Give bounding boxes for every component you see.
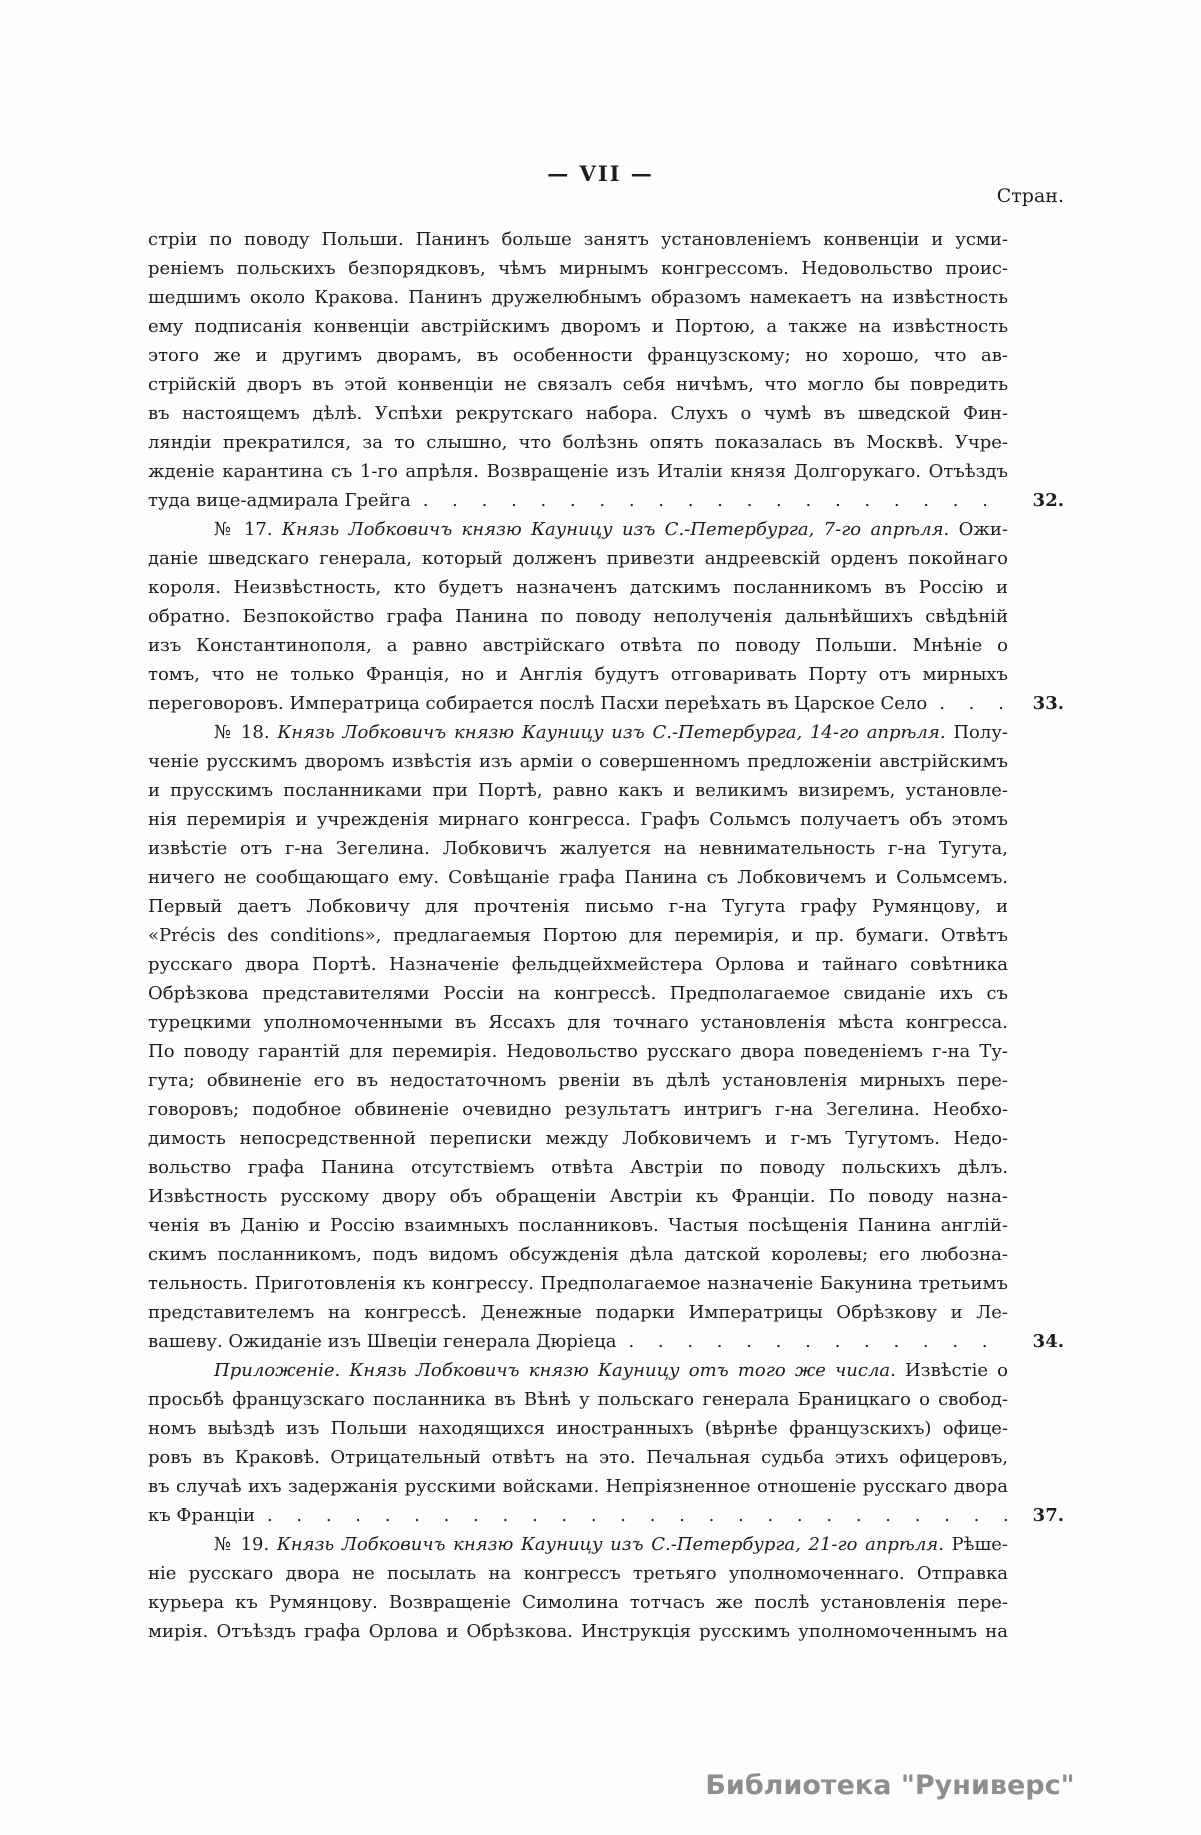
toc-line: вольство графа Панина отсутствіемъ отвѣт… xyxy=(148,1153,1064,1182)
toc-line: ніе русскаго двора не посылать на конгре… xyxy=(148,1559,1064,1588)
toc-line: димость непосредственной переписки между… xyxy=(148,1124,1064,1153)
toc-line-text: тельность. Приготовленія къ конгрессу. П… xyxy=(148,1269,1008,1298)
toc-line: Обрѣзкова представителями Россіи на конг… xyxy=(148,979,1064,1008)
toc-line: этого же и другимъ дворамъ, въ особеннос… xyxy=(148,341,1064,370)
toc-line: ему подписанія конвенціи австрійскимъ дв… xyxy=(148,312,1064,341)
toc-line: вашеву. Ожиданіе изъ Швеціи генерала Дюр… xyxy=(148,1327,1064,1356)
toc-line: номъ выѣздѣ изъ Польши находящихся иност… xyxy=(148,1414,1064,1443)
toc-line-text: томъ, что не только Франція, но и Англія… xyxy=(148,660,1008,689)
page-ref xyxy=(1008,1269,1064,1298)
toc-line-text: скимъ посланникомъ, подъ видомъ обсужден… xyxy=(148,1240,1008,1269)
page-ref xyxy=(1008,428,1064,457)
toc-line: изъ Константинополя, а равно австрійскаг… xyxy=(148,631,1064,660)
toc-line-text: гута; обвиненіе его въ недостаточномъ рв… xyxy=(148,1066,1008,1095)
page-ref xyxy=(1008,602,1064,631)
page-ref xyxy=(1008,921,1064,950)
toc-line-text: курьера къ Румянцову. Возвращеніе Симоли… xyxy=(148,1588,1008,1617)
toc-body: стріи по поводу Польши. Панинъ больше за… xyxy=(148,225,1064,1646)
page-ref xyxy=(1008,341,1064,370)
page-ref xyxy=(1008,631,1064,660)
toc-line-text: Извѣстность русскому двору объ обращеніи… xyxy=(148,1182,1008,1211)
toc-line-text: къ Франціи xyxy=(148,1501,255,1530)
toc-line: курьера къ Румянцову. Возвращеніе Симоли… xyxy=(148,1588,1064,1617)
page-ref xyxy=(1008,573,1064,602)
toc-line: обратно. Безпокойство графа Панина по по… xyxy=(148,602,1064,631)
toc-line-text: и прусскимъ посланниками при Портѣ, равн… xyxy=(148,776,1008,805)
page-ref xyxy=(1008,718,1064,747)
dot-leader: . . . . . . . . . . . . . . . . . . . . … xyxy=(927,689,1008,718)
entry-prilozhenie: Приложеніе. Князь Лобковичъ князю Кауниц… xyxy=(148,1356,1064,1530)
page-ref xyxy=(1008,1095,1064,1124)
toc-line-text: короля. Неизвѣстность, кто будетъ назнач… xyxy=(148,573,1008,602)
page-ref xyxy=(1008,1443,1064,1472)
page-ref xyxy=(1008,1182,1064,1211)
toc-line: № 17. Князь Лобковичъ князю Кауницу изъ … xyxy=(148,515,1064,544)
page-ref: 34. xyxy=(1008,1327,1064,1356)
toc-line-text: стріи по поводу Польши. Панинъ больше за… xyxy=(148,225,1008,254)
toc-line: ляндіи прекратился, за то слышно, что бо… xyxy=(148,428,1064,457)
toc-line-text: этого же и другимъ дворамъ, въ особеннос… xyxy=(148,341,1008,370)
toc-line-text: даніе шведскаго генерала, который должен… xyxy=(148,544,1008,573)
page-ref xyxy=(1008,892,1064,921)
page-ref: 32. xyxy=(1008,486,1064,515)
page-ref xyxy=(1008,399,1064,428)
toc-line: томъ, что не только Франція, но и Англія… xyxy=(148,660,1064,689)
toc-line: тельность. Приготовленія къ конгрессу. П… xyxy=(148,1269,1064,1298)
toc-line-text: шедшимъ около Кракова. Панинъ дружелюбны… xyxy=(148,283,1008,312)
toc-line-text: реніемъ польскихъ безпорядковъ, чѣмъ мир… xyxy=(148,254,1008,283)
toc-line: даніе шведскаго генерала, который должен… xyxy=(148,544,1064,573)
page-ref xyxy=(1008,312,1064,341)
entry-16-continuation: стріи по поводу Польши. Панинъ больше за… xyxy=(148,225,1064,515)
toc-line: въ случаѣ ихъ задержанія русскими войска… xyxy=(148,1472,1064,1501)
toc-line-text: извѣстіе отъ г-на Зегелина. Лобковичъ жа… xyxy=(148,834,1008,863)
toc-line: къ Франціи. . . . . . . . . . . . . . . … xyxy=(148,1501,1064,1530)
entry-17: № 17. Князь Лобковичъ князю Кауницу изъ … xyxy=(148,515,1064,718)
page-ref xyxy=(1008,1588,1064,1617)
toc-line-text: По поводу гарантій для перемирія. Недово… xyxy=(148,1037,1008,1066)
toc-line: реніемъ польскихъ безпорядковъ, чѣмъ мир… xyxy=(148,254,1064,283)
scanned-page: — VII — Стран. стріи по поводу Польши. П… xyxy=(0,0,1201,1835)
page-ref: 37. xyxy=(1008,1501,1064,1530)
toc-line: скимъ посланникомъ, подъ видомъ обсужден… xyxy=(148,1240,1064,1269)
toc-line-text: ченіе русскимъ дворомъ извѣстія изъ армі… xyxy=(148,747,1008,776)
page-ref xyxy=(1008,1037,1064,1066)
toc-line-text: Приложеніе. Князь Лобковичъ князю Кауниц… xyxy=(148,1356,1008,1385)
page-ref xyxy=(1008,1414,1064,1443)
page-ref xyxy=(1008,863,1064,892)
page-ref xyxy=(1008,1066,1064,1095)
toc-line-text: жденіе карантина съ 1-го апрѣля. Возвращ… xyxy=(148,457,1008,486)
toc-line-text: ему подписанія конвенціи австрійскимъ дв… xyxy=(148,312,1008,341)
toc-line: въ настоящемъ дѣлѣ. Успѣхи рекрутскаго н… xyxy=(148,399,1064,428)
toc-line-text: представителемъ на конгрессѣ. Денежные п… xyxy=(148,1298,1008,1327)
page-ref xyxy=(1008,544,1064,573)
page-ref xyxy=(1008,515,1064,544)
toc-line: русскаго двора Портѣ. Назначеніе фельдце… xyxy=(148,950,1064,979)
page-ref xyxy=(1008,283,1064,312)
toc-line-text: димость непосредственной переписки между… xyxy=(148,1124,1008,1153)
page-ref xyxy=(1008,979,1064,1008)
toc-line: жденіе карантина съ 1-го апрѣля. Возвращ… xyxy=(148,457,1064,486)
toc-line: ровъ въ Краковѣ. Отрицательный отвѣтъ на… xyxy=(148,1443,1064,1472)
toc-line: мирія. Отъѣздъ графа Орлова и Обрѣзкова.… xyxy=(148,1617,1064,1646)
toc-line-text: стрійскій дворъ въ этой конвенціи не свя… xyxy=(148,370,1008,399)
page-ref xyxy=(1008,254,1064,283)
column-header-stran: Стран. xyxy=(900,185,1064,207)
toc-line-text: ничего не сообщающаго ему. Совѣщаніе гра… xyxy=(148,863,1008,892)
toc-line: туда вице-адмирала Грейга. . . . . . . .… xyxy=(148,486,1064,515)
toc-line-text: въ случаѣ ихъ задержанія русскими войска… xyxy=(148,1472,1008,1501)
toc-line: стріи по поводу Польши. Панинъ больше за… xyxy=(148,225,1064,254)
page-ref xyxy=(1008,1153,1064,1182)
toc-line-text: ляндіи прекратился, за то слышно, что бо… xyxy=(148,428,1008,457)
page-ref: 33. xyxy=(1008,689,1064,718)
toc-line: стрійскій дворъ въ этой конвенціи не свя… xyxy=(148,370,1064,399)
toc-line: извѣстіе отъ г-на Зегелина. Лобковичъ жа… xyxy=(148,834,1064,863)
toc-line-text: говоровъ; подобное обвиненіе очевидно ре… xyxy=(148,1095,1008,1124)
toc-line: Приложеніе. Князь Лобковичъ князю Кауниц… xyxy=(148,1356,1064,1385)
toc-line-text: № 19. Князь Лобковичъ князю Кауницу изъ … xyxy=(148,1530,1008,1559)
toc-line-text: номъ выѣздѣ изъ Польши находящихся иност… xyxy=(148,1414,1008,1443)
toc-line-text: № 17. Князь Лобковичъ князю Кауницу изъ … xyxy=(148,515,1008,544)
toc-line-text: въ настоящемъ дѣлѣ. Успѣхи рекрутскаго н… xyxy=(148,399,1008,428)
toc-line: короля. Неизвѣстность, кто будетъ назнач… xyxy=(148,573,1064,602)
toc-line: «Précis des conditions», предлагаемыя По… xyxy=(148,921,1064,950)
page-ref xyxy=(1008,1385,1064,1414)
toc-line: турецкими уполномоченными въ Яссахъ для … xyxy=(148,1008,1064,1037)
toc-line-text: № 18. Князь Лобковичъ князю Кауницу изъ … xyxy=(148,718,1008,747)
toc-line-text: ровъ въ Краковѣ. Отрицательный отвѣтъ на… xyxy=(148,1443,1008,1472)
page-ref xyxy=(1008,370,1064,399)
page-number-header: — VII — xyxy=(0,161,1201,186)
toc-line-text: Первый даетъ Лобковичу для прочтенія пис… xyxy=(148,892,1008,921)
dot-leader: . . . . . . . . . . . . . . . . . . . . … xyxy=(616,1327,1008,1356)
toc-line-text: изъ Константинополя, а равно австрійскаг… xyxy=(148,631,1008,660)
toc-line: ничего не сообщающаго ему. Совѣщаніе гра… xyxy=(148,863,1064,892)
toc-line: По поводу гарантій для перемирія. Недово… xyxy=(148,1037,1064,1066)
page-ref xyxy=(1008,660,1064,689)
toc-line: нія перемирія и учрежденія мирнаго конгр… xyxy=(148,805,1064,834)
page-ref xyxy=(1008,1617,1064,1646)
toc-line-text: «Précis des conditions», предлагаемыя По… xyxy=(148,921,1008,950)
page-ref xyxy=(1008,805,1064,834)
page-ref xyxy=(1008,1211,1064,1240)
toc-line: № 19. Князь Лобковичъ князю Кауницу изъ … xyxy=(148,1530,1064,1559)
page-ref xyxy=(1008,1240,1064,1269)
page-ref xyxy=(1008,1298,1064,1327)
library-watermark: Библиотека "Руниверс" xyxy=(690,1770,1090,1801)
toc-line: Извѣстность русскому двору объ обращеніи… xyxy=(148,1182,1064,1211)
dot-leader: . . . . . . . . . . . . . . . . . . . . … xyxy=(255,1501,1008,1530)
toc-line-text: туда вице-адмирала Грейга xyxy=(148,486,411,515)
entry-19: № 19. Князь Лобковичъ князю Кауницу изъ … xyxy=(148,1530,1064,1646)
toc-line: шедшимъ около Кракова. Панинъ дружелюбны… xyxy=(148,283,1064,312)
page-ref xyxy=(1008,950,1064,979)
toc-line-text: русскаго двора Портѣ. Назначеніе фельдце… xyxy=(148,950,1008,979)
toc-line: ченія въ Данію и Россію взаимныхъ послан… xyxy=(148,1211,1064,1240)
page-ref xyxy=(1008,747,1064,776)
page-ref xyxy=(1008,1008,1064,1037)
page-ref xyxy=(1008,457,1064,486)
toc-line: представителемъ на конгрессѣ. Денежные п… xyxy=(148,1298,1064,1327)
page-ref xyxy=(1008,1356,1064,1385)
toc-line: переговоровъ. Императрица собирается пос… xyxy=(148,689,1064,718)
toc-line-text: вашеву. Ожиданіе изъ Швеціи генерала Дюр… xyxy=(148,1327,616,1356)
page-ref xyxy=(1008,1530,1064,1559)
toc-line: и прусскимъ посланниками при Портѣ, равн… xyxy=(148,776,1064,805)
toc-line: говоровъ; подобное обвиненіе очевидно ре… xyxy=(148,1095,1064,1124)
toc-line: гута; обвиненіе его въ недостаточномъ рв… xyxy=(148,1066,1064,1095)
toc-line: Первый даетъ Лобковичу для прочтенія пис… xyxy=(148,892,1064,921)
toc-line-text: обратно. Безпокойство графа Панина по по… xyxy=(148,602,1008,631)
page-ref xyxy=(1008,776,1064,805)
toc-line-text: нія перемирія и учрежденія мирнаго конгр… xyxy=(148,805,1008,834)
toc-line-text: Обрѣзкова представителями Россіи на конг… xyxy=(148,979,1008,1008)
dot-leader: . . . . . . . . . . . . . . . . . . . . … xyxy=(411,486,1008,515)
page-ref xyxy=(1008,225,1064,254)
toc-line-text: вольство графа Панина отсутствіемъ отвѣт… xyxy=(148,1153,1008,1182)
toc-line-text: турецкими уполномоченными въ Яссахъ для … xyxy=(148,1008,1008,1037)
page-ref xyxy=(1008,1472,1064,1501)
toc-line: № 18. Князь Лобковичъ князю Кауницу изъ … xyxy=(148,718,1064,747)
page-ref xyxy=(1008,1124,1064,1153)
toc-line-text: переговоровъ. Императрица собирается пос… xyxy=(148,689,927,718)
toc-line-text: мирія. Отъѣздъ графа Орлова и Обрѣзкова.… xyxy=(148,1617,1008,1646)
page-ref xyxy=(1008,1559,1064,1588)
toc-line-text: просьбѣ французскаго посланника въ Вѣнѣ … xyxy=(148,1385,1008,1414)
toc-line: просьбѣ французскаго посланника въ Вѣнѣ … xyxy=(148,1385,1064,1414)
toc-line-text: ніе русскаго двора не посылать на конгре… xyxy=(148,1559,1008,1588)
toc-line-text: ченія въ Данію и Россію взаимныхъ послан… xyxy=(148,1211,1008,1240)
toc-line: ченіе русскимъ дворомъ извѣстія изъ армі… xyxy=(148,747,1064,776)
page-ref xyxy=(1008,834,1064,863)
entry-18: № 18. Князь Лобковичъ князю Кауницу изъ … xyxy=(148,718,1064,1356)
